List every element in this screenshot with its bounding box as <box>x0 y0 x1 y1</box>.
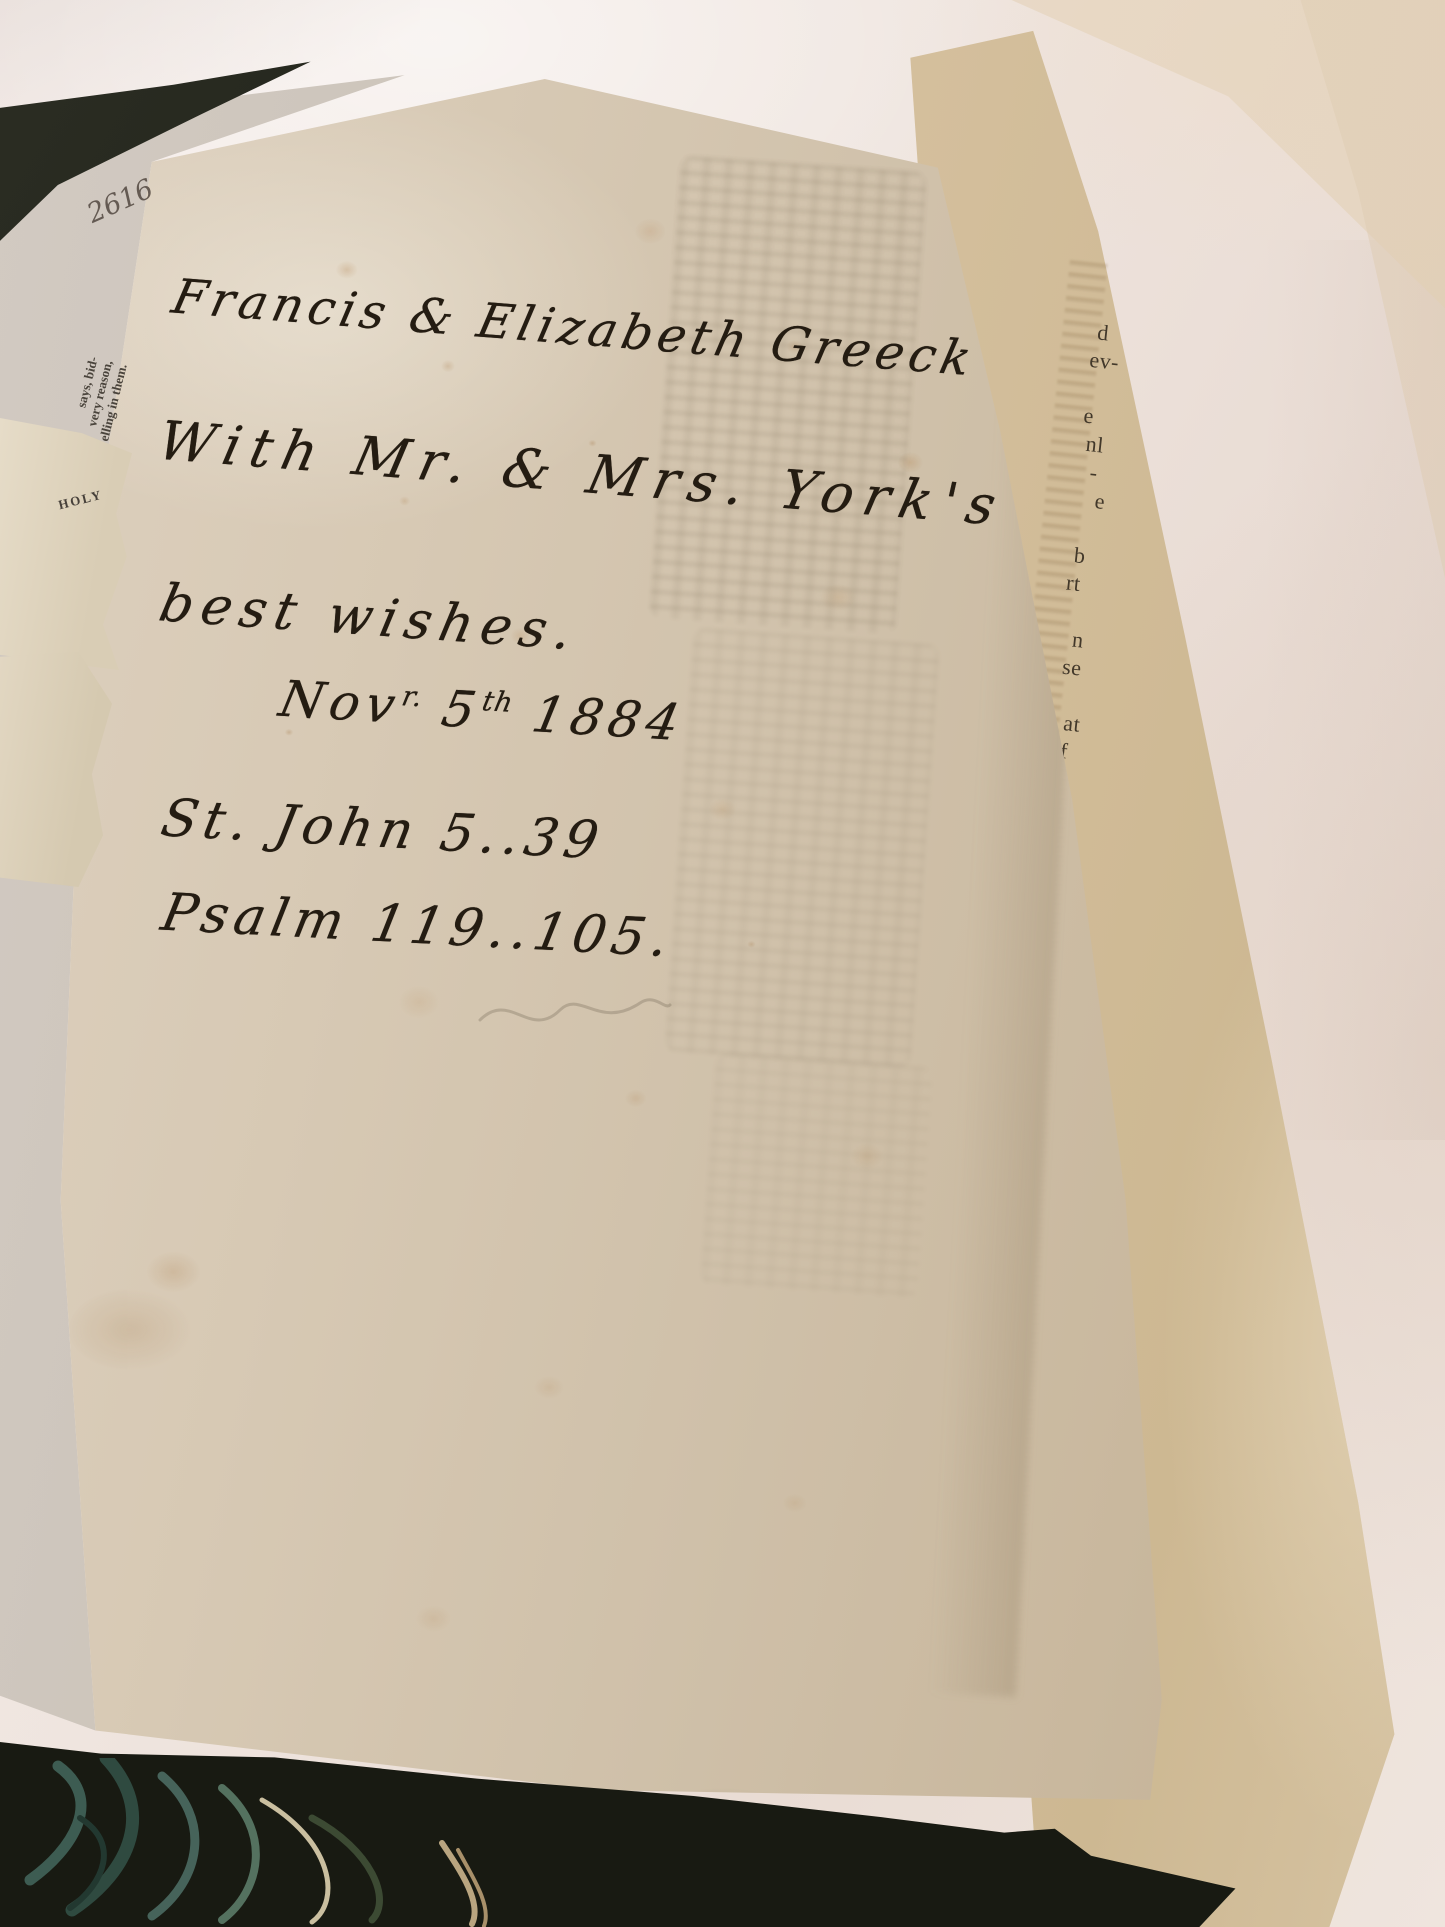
faint-pencil-scribble <box>470 975 680 1055</box>
ink-showthrough <box>700 1053 932 1299</box>
ink-showthrough <box>649 156 926 634</box>
date-year: 1884 <box>506 684 690 752</box>
date-day: 5 <box>415 679 486 740</box>
bookmark-tassels <box>10 1758 570 1927</box>
ink-showthrough <box>665 628 940 1068</box>
photo-antique-bible-flyleaf: dev-enl-ebrtnseatofeannehester-tonele,d … <box>0 0 1445 1927</box>
date-month: Nov <box>275 670 407 735</box>
